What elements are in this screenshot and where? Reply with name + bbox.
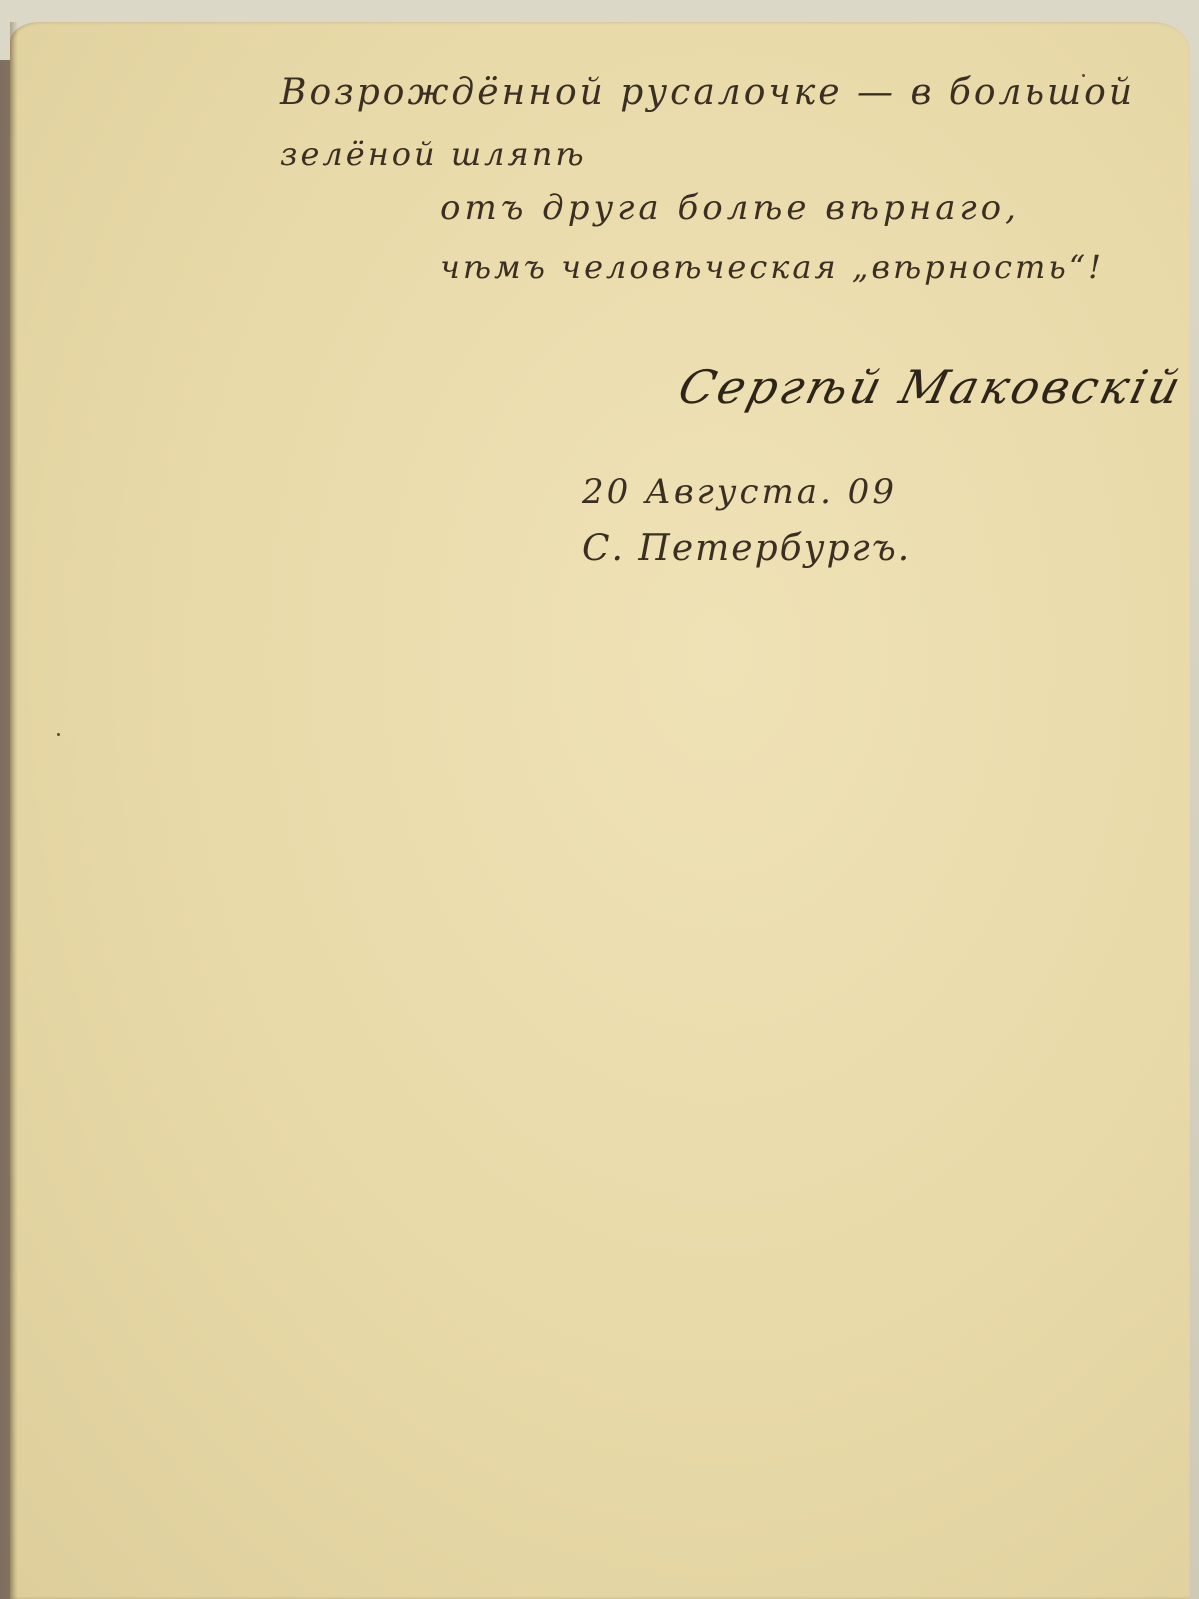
inscription-line-4: чѣмъ человѣческая „вѣрность“! — [440, 248, 1104, 286]
paper-spot — [57, 733, 60, 736]
scene-background: Возрождённой русалочке — в большой зелён… — [0, 0, 1199, 1599]
author-signature: Сергѣй Маковскій — [673, 360, 1188, 414]
paper-spot — [1082, 74, 1085, 77]
inscription-line-1: Возрождённой русалочке — в большой — [280, 72, 1135, 113]
inscription-date: 20 Августа. 09 — [582, 472, 897, 512]
inscription-place: С. Петербургъ. — [582, 528, 911, 569]
inscription-line-2: зелёной шляпѣ — [280, 135, 587, 173]
page-gutter-shadow — [10, 22, 18, 1599]
inscription-line-3: отъ друга болѣе вѣрнаго, — [440, 188, 1020, 228]
